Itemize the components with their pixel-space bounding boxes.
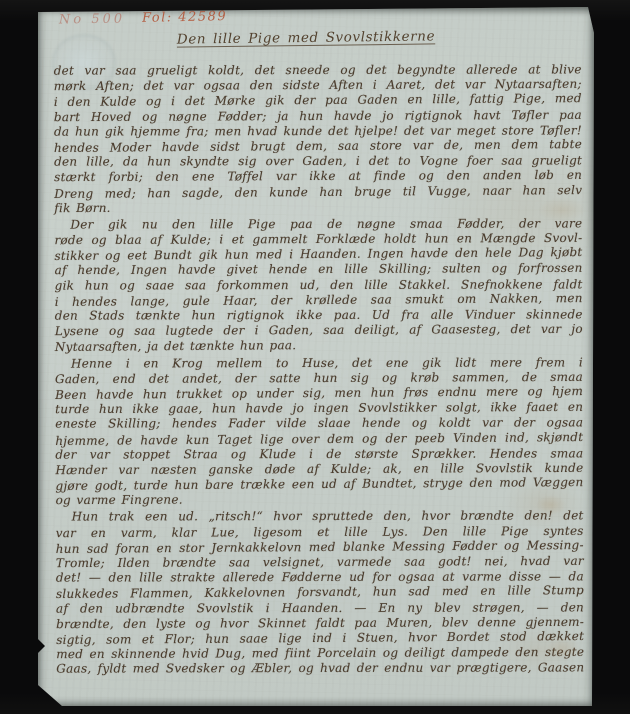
manuscript-line: Dreng med; han sagde, den kunde han brug… (54, 183, 582, 202)
manuscript-title: Den lille Pige med Svovlstikkerne (156, 28, 456, 48)
manuscript-line: af hende, Ingen havde givet hende en lil… (55, 261, 583, 278)
manuscript-body: det var saa grueligt koldt, det sneede o… (54, 62, 585, 680)
manuscript-line: Henne i en Krog mellem to Huse, det ene … (55, 355, 583, 371)
manuscript-page: No 500 Fol: 42589 Den lille Pige med Svo… (38, 7, 594, 706)
scan-background: No 500 Fol: 42589 Den lille Pige med Svo… (0, 0, 630, 714)
folio-mark: Fol: 42589 (142, 9, 227, 26)
manuscript-line: af den udbrændte Svovlstik i Haanden. — … (56, 600, 584, 616)
manuscript-line: der var stoppet Straa og Klude i de stør… (55, 446, 583, 462)
manuscript-line: Der gik nu den lille Pige paa de nøgne s… (54, 216, 582, 232)
paragraph: Henne i en Krog mellem to Huse, det ene … (55, 354, 584, 508)
manuscript-line: Hun trak een ud. „ritsch!“ hvor sprutted… (56, 509, 584, 525)
manuscript-line: og varme Fingrene. (56, 491, 584, 508)
manuscript-line: den Stads tænkte hun rigtignok ikke paa.… (55, 307, 583, 323)
paragraph: Der gik nu den lille Pige paa de nøgne s… (54, 216, 583, 355)
manuscript-line: Nytaarsaften, ja det tænkte hun paa. (55, 336, 583, 355)
manuscript-line: det var saa grueligt koldt, det sneede o… (54, 62, 582, 78)
manuscript-line: Gaas, fyldt med Svedsker og Æbler, og hv… (56, 661, 584, 677)
manuscript-line: bart Hoved og nøgne Fødder; ja hun havde… (54, 107, 582, 124)
manuscript-line: den lille, da hun skyndte sig over Gaden… (54, 154, 582, 170)
paragraph: Hun trak een ud. „ritsch!“ hvor sprutted… (56, 508, 585, 677)
paragraph: det var saa grueligt koldt, det sneede o… (54, 62, 583, 216)
archival-number: No 500 (59, 12, 125, 28)
